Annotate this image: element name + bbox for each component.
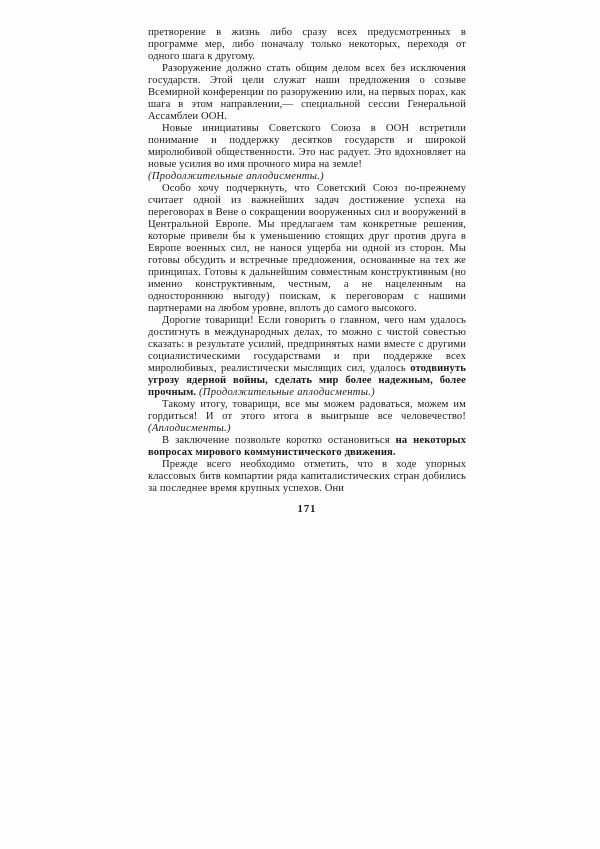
paragraph-communist-parties: Прежде всего необходимо отметить, что в … bbox=[148, 459, 466, 495]
paragraph-pride: Такому итогу, товарищи, все мы можем рад… bbox=[148, 399, 466, 435]
text-segment: Прежде всего необходимо отметить, что в … bbox=[148, 459, 466, 494]
text-segment: Новые инициативы Советского Союза в ООН … bbox=[148, 123, 466, 170]
book-page: претворение в жизнь либо сразу всех пред… bbox=[0, 0, 600, 849]
text-segment: В заключение позвольте коротко остановит… bbox=[162, 435, 390, 446]
paragraph-main-results: Дорогие товарищи! Если говорить о главно… bbox=[148, 315, 466, 399]
paragraph-disarmament: Разоружение должно стать общим делом все… bbox=[148, 63, 466, 123]
paragraph-vienna-talks: Особо хочу подчеркнуть, что Советский Со… bbox=[148, 183, 466, 315]
applause-note: (Продолжительные аплодисменты.) bbox=[199, 387, 375, 398]
paragraph-continuation: претворение в жизнь либо сразу всех пред… bbox=[148, 27, 466, 63]
paragraph-conclusion-intro: В заключение позвольте коротко остановит… bbox=[148, 435, 466, 459]
applause-note: (Аплодисменты.) bbox=[148, 423, 231, 434]
page-number: 171 bbox=[148, 504, 466, 516]
text-block: претворение в жизнь либо сразу всех пред… bbox=[148, 27, 466, 516]
text-segment: Особо хочу подчеркнуть, что Советский Со… bbox=[148, 183, 466, 314]
applause-note: (Продолжительные аплодисменты.) bbox=[148, 171, 466, 183]
paragraph-un-initiatives: Новые инициативы Советского Союза в ООН … bbox=[148, 123, 466, 183]
text-segment: Такому итогу, товарищи, все мы можем рад… bbox=[148, 399, 466, 422]
text-segment: Разоружение должно стать общим делом все… bbox=[148, 63, 466, 122]
text-segment: претворение в жизнь либо сразу всех пред… bbox=[148, 27, 466, 62]
